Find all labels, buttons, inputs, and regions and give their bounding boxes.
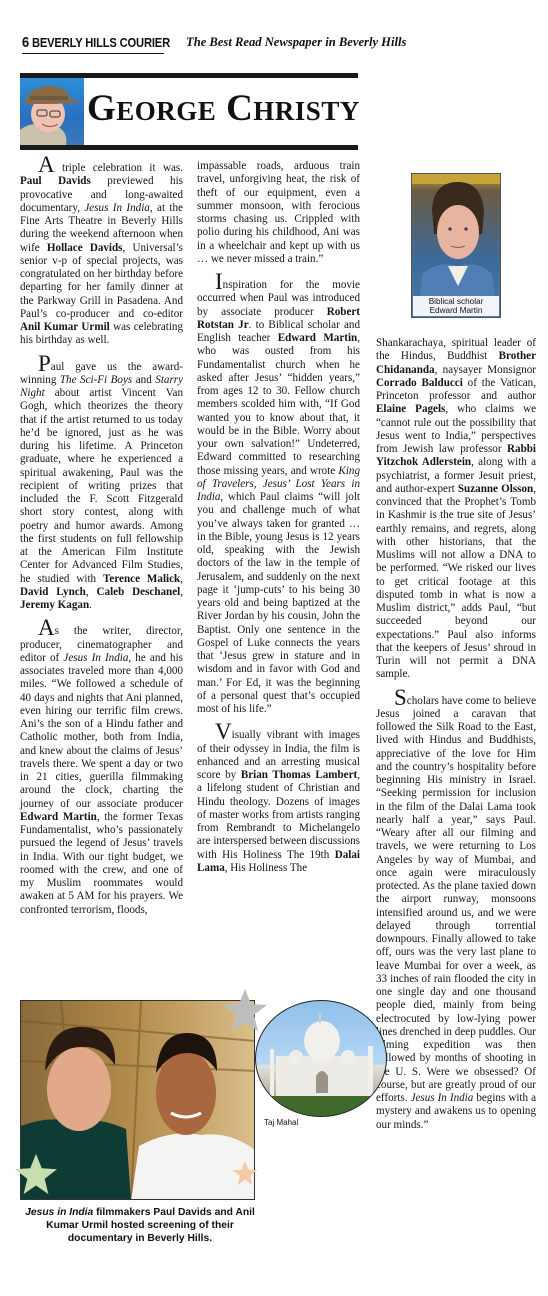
text: . xyxy=(89,599,92,611)
person-name: Edward Martin xyxy=(278,332,358,344)
filmmakers-photo-caption: Jesus in India filmmakers Paul Davids an… xyxy=(20,1206,260,1245)
person-name: Hollace Davids xyxy=(47,242,123,254)
person-name: Elaine Pagels xyxy=(376,403,445,415)
drop-cap: V xyxy=(215,719,232,744)
film-title: Jesus In India xyxy=(63,652,128,664)
article-column-2: impassable roads, arduous train travel, … xyxy=(197,160,360,886)
person-name: Jeremy Kagan xyxy=(20,599,89,611)
paragraph-3-continued: impassable roads, arduous train travel, … xyxy=(197,160,360,266)
photo-caption: Biblical scholarEdward Martin xyxy=(413,296,499,316)
person-name: Paul Davids xyxy=(20,175,91,187)
paragraph-6: Scholars have come to believe Jesus join… xyxy=(376,693,536,1132)
star-decoration-icon xyxy=(14,1152,58,1196)
text: cholars have come to believe Jesus joine… xyxy=(376,695,536,1105)
person-name: Anil Kumar Urmil xyxy=(20,321,110,333)
film-title: The Sci-Fi Boys xyxy=(60,374,132,386)
text: triple celebration it was. xyxy=(55,162,183,174)
taj-mahal-label: Taj Mahal xyxy=(264,1118,298,1127)
text: , naysayer Monsignor xyxy=(435,364,536,376)
text: , a lifelong student of Christian and Hi… xyxy=(197,769,360,861)
page-number: 6 xyxy=(22,34,29,51)
paragraph-3: As the writer, director, producer, cinem… xyxy=(20,623,183,917)
film-title: Jesus In India xyxy=(84,202,149,214)
film-title: Jesus in India xyxy=(25,1207,93,1218)
taj-mahal-photo-icon xyxy=(256,1001,387,1117)
text: , convinced that the Prophet’s Tomb in K… xyxy=(376,483,536,681)
name-initial-c: C xyxy=(226,88,253,129)
drop-cap: A xyxy=(38,615,55,640)
drop-cap: I xyxy=(215,269,223,294)
person-name: Edward Martin xyxy=(20,811,97,823)
columnist-portrait xyxy=(20,78,84,145)
drop-cap: S xyxy=(394,685,407,710)
name-first-rest: EORGE xyxy=(116,96,216,126)
text: , the former Texas Fundamentalist, who’s… xyxy=(20,811,183,916)
star-decoration-icon xyxy=(232,1160,258,1186)
name-last-rest: HRISTY xyxy=(253,96,360,126)
paragraph-1: A triple celebration it was. Paul Davids… xyxy=(20,160,183,348)
text: , xyxy=(86,586,97,598)
person-name: Corrado Balducci xyxy=(376,377,463,389)
caption-line: Edward Martin xyxy=(430,306,483,315)
text: , His Holiness The xyxy=(225,862,307,874)
text: and xyxy=(132,374,155,386)
page-number-and-paper-name: 6 BEVERLY HILLS COURIER xyxy=(22,34,170,51)
photo-taj-mahal xyxy=(255,1000,387,1117)
paragraph-2: Paul gave us the award-winning The Sci-F… xyxy=(20,359,183,613)
star-decoration-icon xyxy=(222,987,268,1033)
article-column-3: Shankarachaya, spiritual leader of the H… xyxy=(376,337,536,1143)
caption-line: Biblical scholar xyxy=(429,297,484,306)
paragraph-5: Visually vibrant with images of their od… xyxy=(197,727,360,875)
columnist-name: GEORGE CHRISTY xyxy=(87,90,360,127)
paper-name: BEVERLY HILLS COURIER xyxy=(32,35,170,50)
person-name: Terence Malick xyxy=(103,573,180,585)
photo-edward-martin: Biblical scholarEdward Martin xyxy=(411,173,501,318)
person-name: Brian Thomas Lambert xyxy=(241,769,357,781)
masthead: 6 BEVERLY HILLS COURIER xyxy=(22,34,164,54)
columnist-portrait-icon xyxy=(20,78,84,145)
text: , he and his associates traveled more th… xyxy=(20,652,183,810)
text: , xyxy=(180,586,183,598)
person-name: Suzanne Olsson xyxy=(458,483,533,495)
text: about artist Vincent Van Gogh, which the… xyxy=(20,387,183,585)
paragraph-4: Inspiration for the movie occurred when … xyxy=(197,277,360,716)
drop-cap: A xyxy=(38,152,55,177)
article-column-1: A triple celebration it was. Paul Davids… xyxy=(20,160,183,928)
film-title: Jesus In India xyxy=(411,1092,474,1104)
column-banner: GEORGE CHRISTY xyxy=(20,73,358,150)
drop-cap: P xyxy=(38,351,51,376)
text: , which Paul claims “will jolt you and c… xyxy=(197,491,360,715)
name-initial-g: G xyxy=(87,88,116,129)
tagline: The Best Read Newspaper in Beverly Hills xyxy=(186,35,406,50)
banner-rule-bottom xyxy=(20,145,358,150)
person-name: Caleb Deschanel xyxy=(97,586,181,598)
text: , who was oust­ed from his Fundamentalis… xyxy=(197,332,360,477)
person-name: David Lynch xyxy=(20,586,86,598)
paragraph-5-continued: Shankarachaya, spiritual leader of the H… xyxy=(376,337,536,682)
text: , xyxy=(180,573,183,585)
